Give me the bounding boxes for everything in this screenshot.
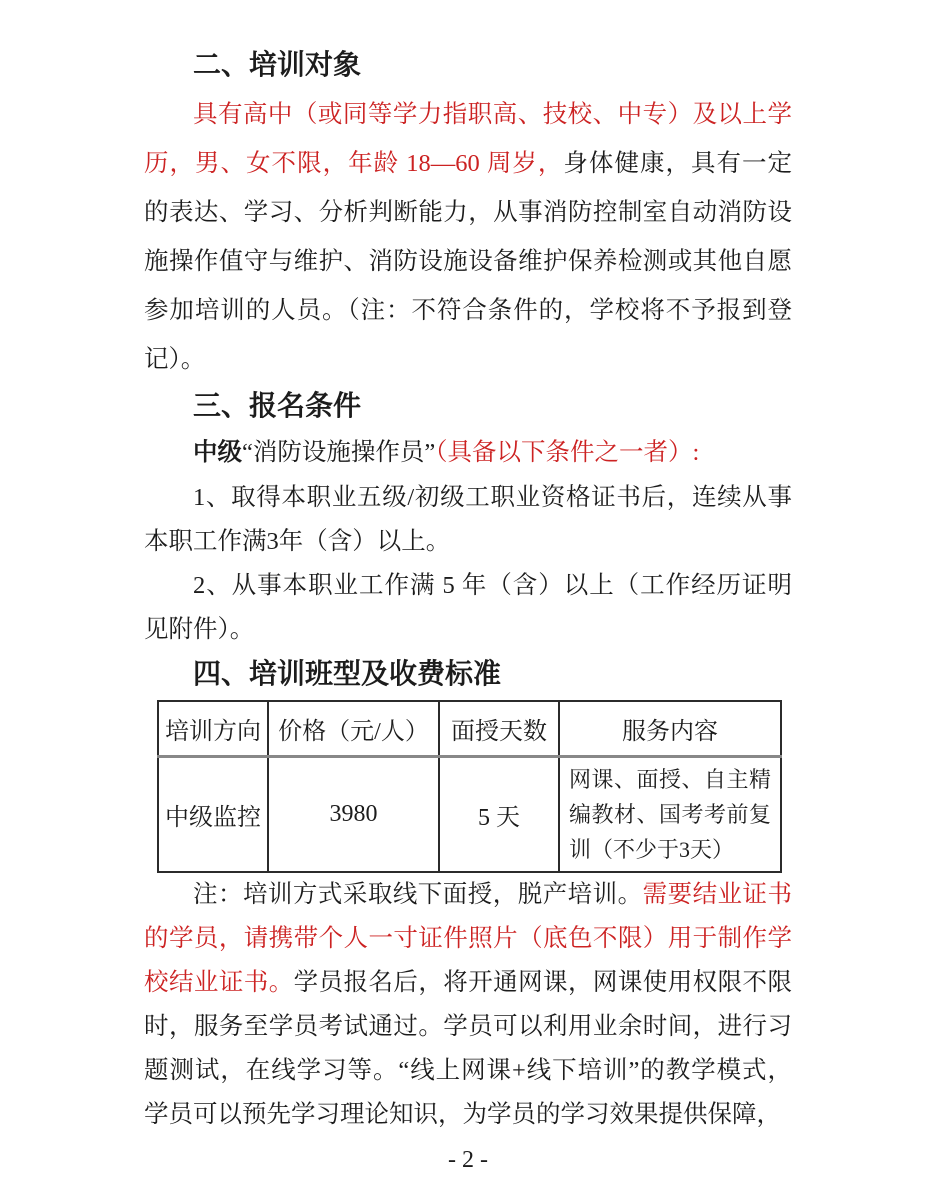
page-content: 二、培训对象 具有高中（或同等学力指职高、技校、中专）及以上学历，男、女不限，年… bbox=[0, 0, 936, 1137]
fee-table-header-row: 培训方向 价格（元/人） 面授天数 服务内容 bbox=[158, 701, 781, 757]
cell-price: 3980 bbox=[268, 757, 439, 873]
header-class-days: 面授天数 bbox=[439, 701, 559, 757]
section-heading-class-types-fees: 四、培训班型及收费标准 bbox=[193, 652, 792, 698]
header-service-content: 服务内容 bbox=[559, 701, 781, 757]
fee-table-data-row: 中级监控 3980 5 天 网课、面授、自主精编教材、国考考前复训（不少于3天） bbox=[158, 757, 781, 873]
cell-training-direction: 中级监控 bbox=[158, 757, 268, 873]
qualification-title: “消防设施操作员” bbox=[242, 439, 435, 466]
document-page: 二、培训对象 具有高中（或同等学力指职高、技校、中专）及以上学历，男、女不限，年… bbox=[0, 0, 936, 1200]
training-targets-paragraph: 具有高中（或同等学力指职高、技校、中专）及以上学历，男、女不限，年龄 18—60… bbox=[144, 90, 792, 384]
fee-table: 培训方向 价格（元/人） 面授天数 服务内容 中级监控 3980 5 天 网课、… bbox=[157, 700, 782, 873]
page-number: - 2 - bbox=[0, 1147, 936, 1174]
fee-note-paragraph: 注：培训方式采取线下面授，脱产培训。需要结业证书的学员，请携带个人一寸证件照片（… bbox=[144, 873, 792, 1137]
qualification-line: 中级“消防设施操作员”（具备以下条件之一者）: bbox=[144, 430, 792, 476]
section-heading-registration-conditions: 三、报名条件 bbox=[193, 384, 792, 430]
condition-item-1: 1、取得本职业五级/初级工职业资格证书后，连续从事本职工作满3年（含）以上。 bbox=[144, 476, 792, 564]
qualification-level-label: 中级 bbox=[193, 439, 242, 466]
condition-item-2: 2、从事本职业工作满 5 年（含）以上（工作经历证明见附件）。 bbox=[144, 564, 792, 652]
training-targets-black-text: 身体健康，具有一定的表达、学习、分析判断能力，从事消防控制室自动消防设施操作值守… bbox=[144, 150, 792, 373]
qualification-condition-note: （具备以下条件之一者）: bbox=[435, 439, 699, 466]
header-price: 价格（元/人） bbox=[268, 701, 439, 757]
fee-note-black-lead: 注：培训方式采取线下面授，脱产培训。 bbox=[193, 881, 643, 908]
section-heading-training-targets: 二、培训对象 bbox=[193, 42, 792, 90]
cell-service-content: 网课、面授、自主精编教材、国考考前复训（不少于3天） bbox=[559, 757, 781, 873]
cell-class-days: 5 天 bbox=[439, 757, 559, 873]
header-training-direction: 培训方向 bbox=[158, 701, 268, 757]
